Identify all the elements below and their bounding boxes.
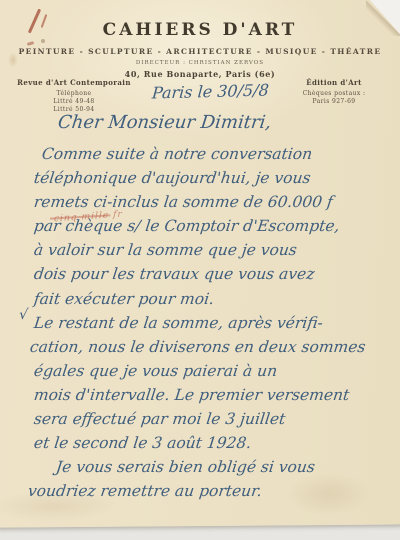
letterhead-director-line: DIRECTEUR : CHRISTIAN ZERVOS bbox=[0, 60, 400, 66]
letterhead: CAHIERS D'ART PEINTURE - SCULPTURE - ARC… bbox=[0, 0, 400, 79]
right-block-line: Chèques postaux : bbox=[282, 90, 386, 98]
letter-line: √ Le restant de la somme, après vérifi- bbox=[33, 311, 386, 335]
letter-line: voudriez remettre au porteur. bbox=[27, 479, 386, 503]
left-block-line: Téléphone bbox=[14, 90, 134, 98]
letter-line: Je vous serais bien obligé si vous bbox=[55, 455, 386, 479]
letter-line: fait exécuter pour moi. bbox=[33, 287, 386, 311]
letter-line: et le second le 3 août 1928. bbox=[33, 431, 386, 455]
letter-line: sera effectué par moi le 3 juillet bbox=[33, 407, 386, 431]
left-block-line: Littré 49-48 bbox=[14, 98, 134, 106]
scanned-letter: CAHIERS D'ART PEINTURE - SCULPTURE - ARC… bbox=[0, 0, 400, 540]
right-block-line: Paris 927-69 bbox=[282, 98, 386, 106]
handwritten-date: Paris le 30/5/8 bbox=[151, 80, 269, 102]
letter-line: mois d'intervalle. Le premier versement bbox=[33, 383, 386, 407]
letter-line: Comme suite à notre conversation bbox=[41, 142, 386, 166]
left-block-title: Revue d'Art Contemporain bbox=[14, 78, 134, 87]
letter-line: remets ci-inclus la somme de 60.000 f ci… bbox=[33, 190, 386, 214]
letterhead-subtitle: PEINTURE - SCULPTURE - ARCHITECTURE - MU… bbox=[0, 47, 400, 56]
letter-line: à valoir sur la somme que je vous bbox=[33, 238, 386, 262]
letter-line: cation, nous le diviserons en deux somme… bbox=[29, 335, 386, 359]
letter-body: Comme suite à notre conversation télépho… bbox=[34, 142, 384, 503]
letter-line: dois pour les travaux que vous avez bbox=[33, 262, 386, 286]
letter-line: téléphonique d'aujourd'hui, je vous bbox=[33, 166, 386, 190]
right-block-title: Édition d'Art bbox=[282, 78, 386, 87]
letter-line: égales que je vous paierai à un bbox=[33, 359, 386, 383]
letter-line: par chèque s/ le Comptoir d'Escompte, bbox=[33, 214, 386, 238]
letter-line-text: Le restant de la somme, après vérifi- bbox=[33, 314, 324, 332]
letterhead-left-block: Revue d'Art Contemporain Téléphone Littr… bbox=[14, 78, 134, 114]
corner-fold bbox=[370, 0, 400, 34]
letterhead-title: CAHIERS D'ART bbox=[0, 20, 400, 40]
letterhead-right-block: Édition d'Art Chèques postaux : Paris 92… bbox=[282, 78, 386, 106]
salutation: Cher Monsieur Dimitri, bbox=[57, 112, 273, 133]
